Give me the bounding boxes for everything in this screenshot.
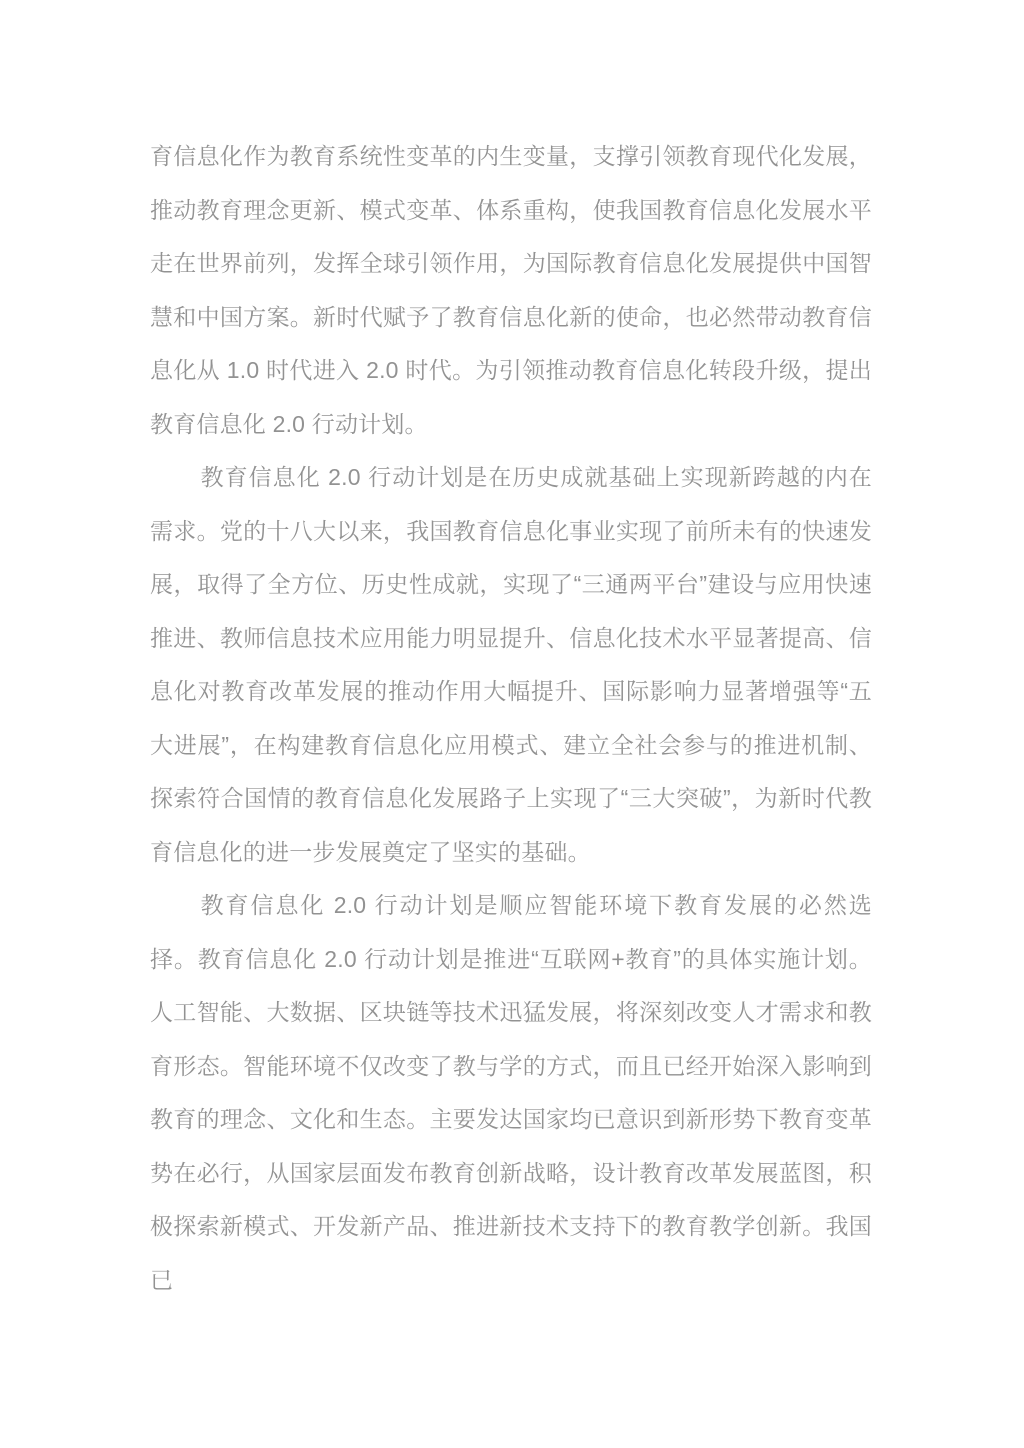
paragraph-historical-achievements: 教育信息化 2.0 行动计划是在历史成就基础上实现新跨越的内在需求。党的十八大以…: [150, 451, 872, 879]
document-body: 育信息化作为教育系统性变革的内生变量，支撑引领教育现代化发展，推动教育理念更新、…: [150, 130, 872, 1307]
document-page: 育信息化作为教育系统性变革的内生变量，支撑引领教育现代化发展，推动教育理念更新、…: [0, 0, 1024, 1448]
paragraph-continuation: 育信息化作为教育系统性变革的内生变量，支撑引领教育现代化发展，推动教育理念更新、…: [150, 130, 872, 451]
paragraph-intelligent-environment: 教育信息化 2.0 行动计划是顺应智能环境下教育发展的必然选择。教育信息化 2.…: [150, 879, 872, 1307]
